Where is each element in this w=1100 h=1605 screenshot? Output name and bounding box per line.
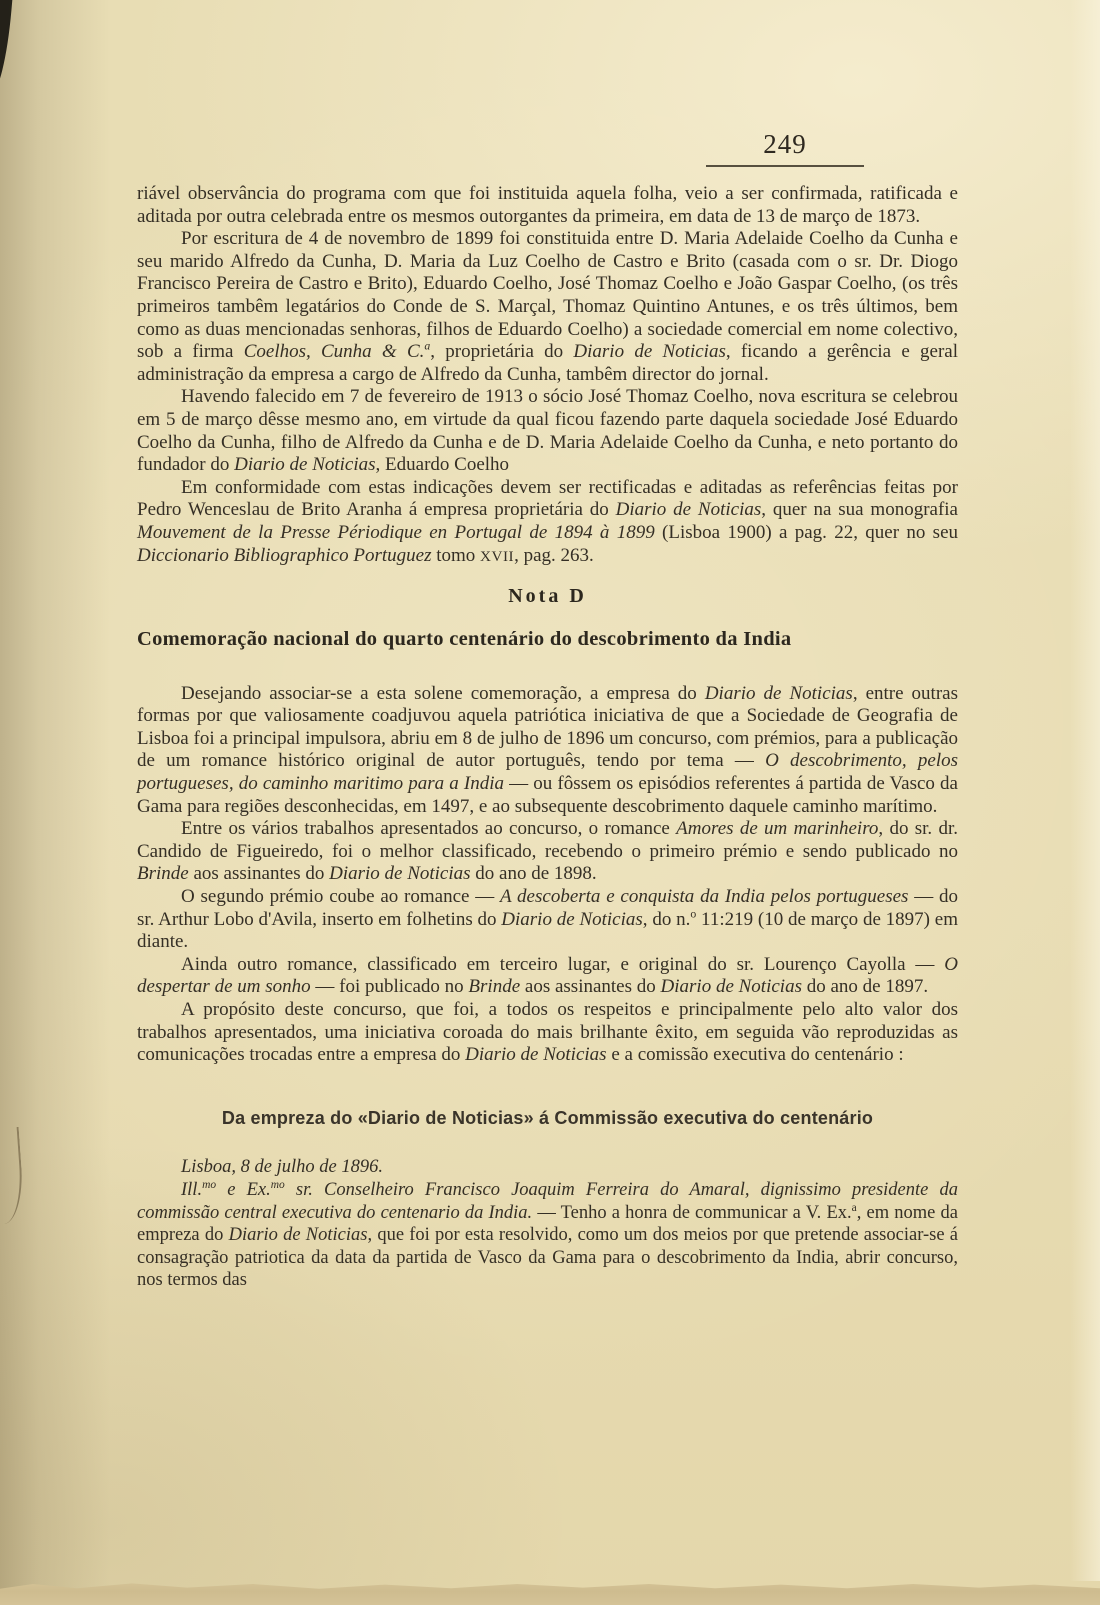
page-number: 249 [706,128,864,160]
body-paragraph: A propósito deste concurso, que foi, a t… [137,999,958,1067]
body-paragraph: Em conformidade com estas indicações dev… [137,477,958,568]
nota-heading: Nota D [137,585,958,608]
right-page-edge [1070,0,1100,1581]
body-paragraph: riável observância do programa com que f… [137,183,958,228]
body-paragraph: Havendo falecido em 7 de fevereiro de 19… [137,386,958,476]
page-number-block: 249 [706,128,864,167]
torn-bottom-edge [0,1575,1100,1605]
page-number-rule [706,165,864,167]
section-heading: Comemoração nacional do quarto centenári… [137,627,958,652]
body-paragraph: Desejando associar-se a esta solene come… [137,683,958,819]
letter-paragraph: Ill.mo e Ex.mo sr. Conselheiro Francisco… [137,1179,958,1292]
body-paragraph: O segundo prémio coube ao romance — A de… [137,886,958,954]
paper-scratch [0,1127,25,1225]
letter-heading: Da empreza do «Diario de Noticias» á Com… [137,1107,958,1130]
body-paragraph: Entre os vários trabalhos apresentados a… [137,818,958,886]
text-column: riável observância do programa com que f… [137,183,958,1292]
letter-paragraph: Lisboa, 8 de julho de 1896. [137,1156,958,1179]
left-edge-shadow [0,0,110,1605]
book-page: 249 riável observância do programa com q… [0,0,1100,1605]
corner-shadow [0,0,14,96]
body-paragraph: Por escritura de 4 de novembro de 1899 f… [137,228,958,386]
body-paragraph: Ainda outro romance, classificado em ter… [137,954,958,999]
